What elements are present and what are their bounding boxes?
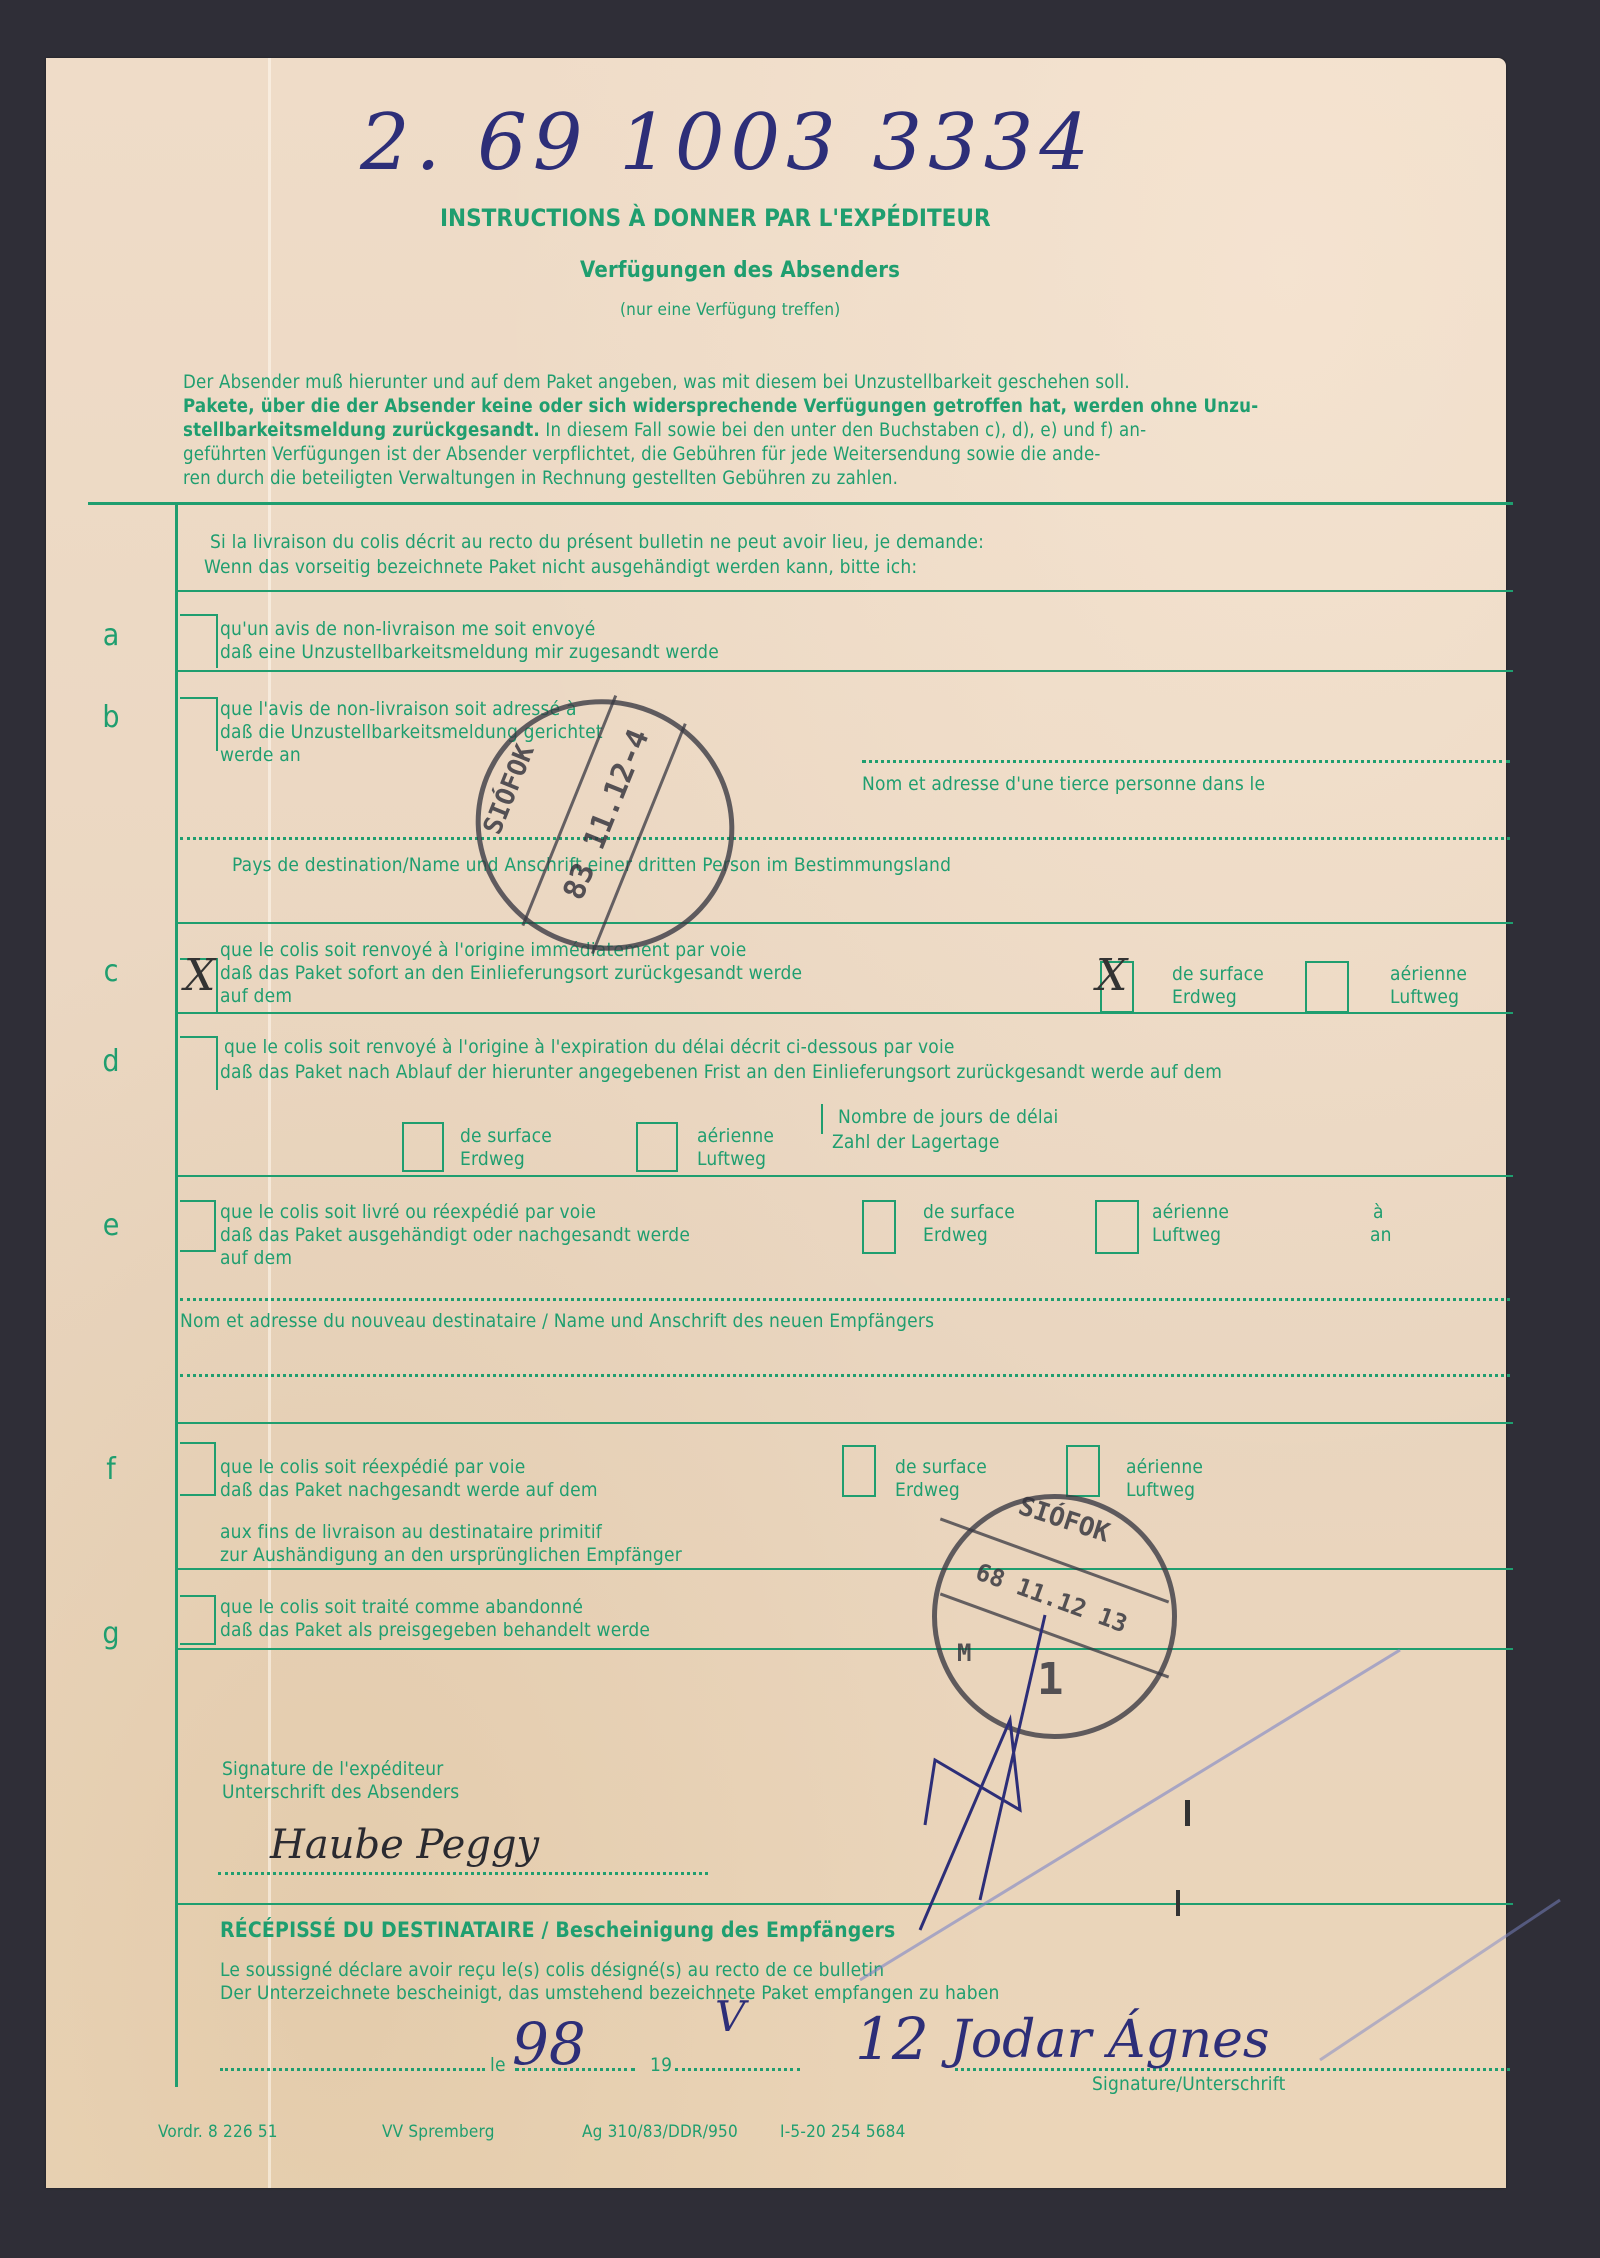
blue-pencil-stroke-2	[1320, 1900, 1560, 2060]
blue-pencil-stroke	[860, 1650, 1400, 1980]
staple-hole-1	[1185, 1800, 1190, 1826]
pen-strokes	[0, 0, 1600, 2258]
receipt-scribble-mark	[920, 1615, 1045, 1930]
staple-hole-2	[1176, 1890, 1180, 1916]
